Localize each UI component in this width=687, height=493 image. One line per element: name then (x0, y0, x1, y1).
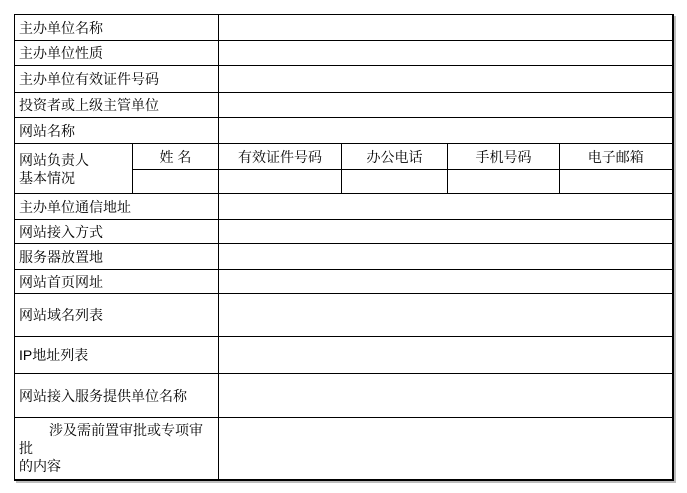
manager-mobile-number-value-cell (448, 170, 560, 194)
row-preapproval-content: 涉及需前置审批或专项审批 的内容 (15, 418, 673, 480)
website-domain-list-label: 网站域名列表 (15, 294, 219, 337)
ip-address-list-label: IP地址列表 (15, 337, 219, 374)
row-organizer-nature: 主办单位性质 (15, 41, 673, 66)
preapproval-content-value-cell (219, 418, 673, 480)
website-name-label: 网站名称 (15, 118, 219, 144)
row-ip-address-list: IP地址列表 (15, 337, 673, 374)
website-domain-list-value-cell (219, 294, 673, 337)
icp-filing-form-table: 主办单位名称 主办单位性质 主办单位有效证件号码 投资者或上级主管单位 网站名称 (14, 14, 674, 481)
manager-mobile-number-header: 手机号码 (448, 144, 560, 170)
preapproval-content-label: 涉及需前置审批或专项审批 的内容 (15, 418, 219, 480)
row-access-service-provider-name: 网站接入服务提供单位名称 (15, 374, 673, 418)
manager-id-number-value-cell (219, 170, 342, 194)
website-access-method-value-cell (219, 220, 673, 244)
website-access-method-label: 网站接入方式 (15, 220, 219, 244)
investor-or-superior-unit-label: 投资者或上级主管单位 (15, 93, 219, 118)
row-organizer-id-number: 主办单位有效证件号码 (15, 66, 673, 93)
organizer-id-number-value-cell (219, 66, 673, 93)
website-manager-info-label: 网站负责人 基本情况 (15, 144, 133, 194)
manager-office-phone-value-cell (342, 170, 448, 194)
organizer-nature-value-cell (219, 41, 673, 66)
organizer-mailing-address-value-cell (219, 194, 673, 220)
access-service-provider-name-label: 网站接入服务提供单位名称 (15, 374, 219, 418)
preapproval-content-label-line2: 的内容 (19, 458, 61, 474)
manager-email-header: 电子邮箱 (560, 144, 673, 170)
manager-id-number-header: 有效证件号码 (219, 144, 342, 170)
manager-name-header: 姓 名 (133, 144, 219, 170)
row-server-location: 服务器放置地 (15, 244, 673, 270)
website-homepage-url-label: 网站首页网址 (15, 270, 219, 294)
investor-or-superior-unit-value-cell (219, 93, 673, 118)
ip-address-list-value-cell (219, 337, 673, 374)
website-manager-info-label-line2: 基本情况 (19, 170, 75, 186)
row-website-domain-list: 网站域名列表 (15, 294, 673, 337)
server-location-value-cell (219, 244, 673, 270)
row-website-access-method: 网站接入方式 (15, 220, 673, 244)
row-investor-or-superior-unit: 投资者或上级主管单位 (15, 93, 673, 118)
organizer-name-value-cell (219, 15, 673, 41)
server-location-label: 服务器放置地 (15, 244, 219, 270)
manager-name-value-cell (133, 170, 219, 194)
row-website-homepage-url: 网站首页网址 (15, 270, 673, 294)
organizer-nature-label: 主办单位性质 (15, 41, 219, 66)
organizer-mailing-address-label: 主办单位通信地址 (15, 194, 219, 220)
website-manager-info-label-line1: 网站负责人 (19, 152, 89, 168)
access-service-provider-name-value-cell (219, 374, 673, 418)
row-organizer-name: 主办单位名称 (15, 15, 673, 41)
website-homepage-url-value-cell (219, 270, 673, 294)
row-website-manager-headers: 网站负责人 基本情况 姓 名 有效证件号码 办公电话 手机号码 电子邮箱 (15, 144, 673, 170)
organizer-name-label: 主办单位名称 (15, 15, 219, 41)
manager-office-phone-header: 办公电话 (342, 144, 448, 170)
form-page: 主办单位名称 主办单位性质 主办单位有效证件号码 投资者或上级主管单位 网站名称 (0, 0, 687, 493)
website-name-value-cell (219, 118, 673, 144)
row-website-name: 网站名称 (15, 118, 673, 144)
organizer-id-number-label: 主办单位有效证件号码 (15, 66, 219, 93)
manager-email-value-cell (560, 170, 673, 194)
row-organizer-mailing-address: 主办单位通信地址 (15, 194, 673, 220)
preapproval-content-label-line1: 涉及需前置审批或专项审批 (19, 422, 203, 456)
